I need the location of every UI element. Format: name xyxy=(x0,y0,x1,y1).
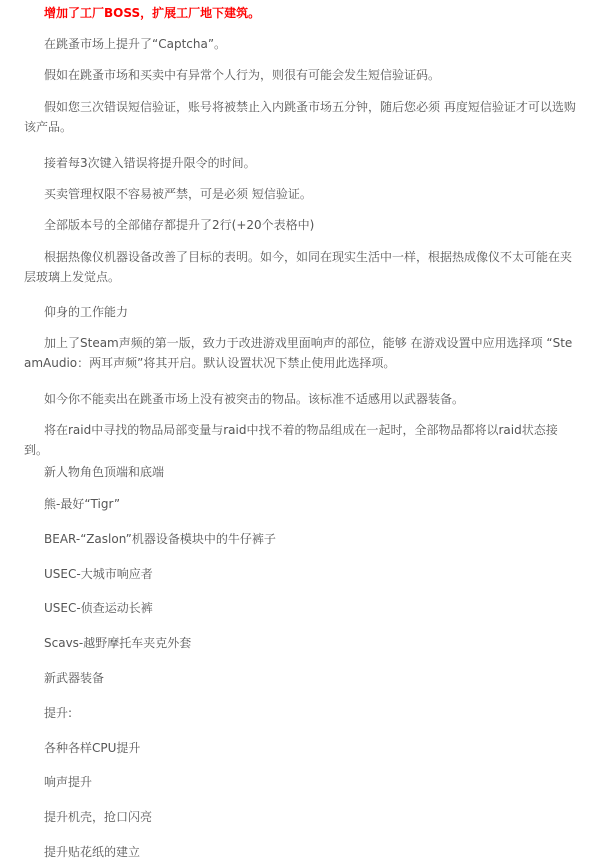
list-item: BEAR-“Zaslon”机器设备模块中的牛仔裤子 xyxy=(44,529,276,549)
list-item: 响声提升 xyxy=(44,772,92,792)
paragraph-lean-ability: 仰身的工作能力 xyxy=(24,302,576,322)
list-item: USEC-侦查运动长裤 xyxy=(44,598,153,618)
list-item: 提升: xyxy=(44,703,72,723)
paragraph-abnormal-behavior: 假如在跳蚤市场和买卖中有异常个人行为，则很有可能会发生短信验证码。 xyxy=(24,65,576,85)
list-item: 新武器装备 xyxy=(44,668,104,688)
article-headline: 增加了工厂BOSS，扩展工厂地下建筑。 xyxy=(24,3,576,23)
paragraph-captcha: 在跳蚤市场上提升了“Captcha”。 xyxy=(24,34,576,54)
list-item: 熊-最好“Tigr” xyxy=(44,494,120,514)
paragraph-thermal-imager: 根据热像仪机器设备改善了目标的表明。如今，如同在现实生活中一样，根据热成像仪不太… xyxy=(24,247,576,287)
paragraph-trade-permission: 买卖管理权限不容易被严禁，可是必须 短信验证。 xyxy=(24,184,576,204)
list-item: Scavs-越野摩托车夹克外套 xyxy=(44,633,191,653)
list-item: 提升贴花纸的建立 xyxy=(44,842,140,859)
paragraph-stash-increase: 全部版本号的全部储存都提升了2行(+20个表格中) xyxy=(24,215,576,235)
paragraph-steam-audio: 加上了Steam声频的第一版，致力于改进游戏里面响声的部位，能够 在游戏设置中应… xyxy=(24,333,576,373)
paragraph-ban-rule: 假如您三次错误短信验证，账号将被禁止入内跳蚤市场五分钟，随后您必须 再度短信验证… xyxy=(24,97,576,137)
paragraph-found-in-raid: 将在raid中寻找的物品局部变量与raid中找不着的物品组成在一起时，全部物品都… xyxy=(24,420,576,460)
list-item: 新人物角色顶端和底端 xyxy=(44,462,164,482)
list-item: 各种各样CPU提升 xyxy=(44,738,140,758)
paragraph-limit-increase: 接着每3次键入错误将提升限令的时间。 xyxy=(24,153,576,173)
paragraph-unsearched-items: 如今你不能卖出在跳蚤市场上没有被突击的物品。该标准不适感用以武器装备。 xyxy=(24,389,576,409)
list-item: USEC-大城市响应者 xyxy=(44,564,153,584)
list-item: 提升机壳，抢口闪亮 xyxy=(44,807,152,827)
